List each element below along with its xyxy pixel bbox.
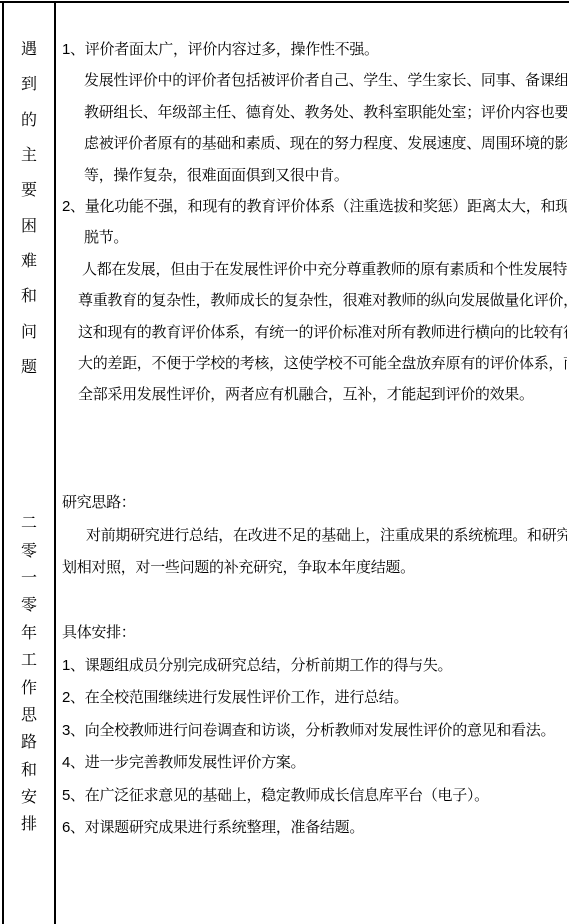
text-line xyxy=(62,585,567,618)
text-line: 2、在全校范围继续进行发展性评价工作，进行总结。 xyxy=(62,682,567,715)
vertical-label-char: 和 xyxy=(21,755,37,782)
text-line: 1、评价者面太广，评价内容过多，操作性不强。 xyxy=(62,34,567,65)
text-line: 划相对照，对一些问题的补充研究，争取本年度结题。 xyxy=(62,552,567,585)
text-line: 脱节。 xyxy=(62,222,567,253)
text-line: 等，操作复杂，很难面面俱到又很中肯。 xyxy=(62,160,567,191)
vertical-label-char: 困 xyxy=(21,206,37,241)
vertical-label-char: 工 xyxy=(21,645,37,672)
text-line: 研究思路： xyxy=(62,487,567,520)
vertical-label-char: 零 xyxy=(21,535,37,562)
difficulties-content-cell: 1、评价者面太广，评价内容过多，操作性不强。发展性评价中的评价者包括被评价者自己… xyxy=(62,34,567,411)
table-column-divider xyxy=(54,1,56,924)
text-line: 这和现有的教育评价体系，有统一的评价标准对所有教师进行横向的比较有很 xyxy=(62,317,567,348)
vertical-label-char: 的 xyxy=(21,101,37,136)
text-line: 人都在发展，但由于在发展性评价中充分尊重教师的原有素质和个性发展特点， xyxy=(62,254,567,285)
text-line: 5、在广泛征求意见的基础上，稳定教师成长信息库平台（电子）。 xyxy=(62,780,567,813)
vertical-label-char: 主 xyxy=(21,136,37,171)
vertical-label-char: 零 xyxy=(21,590,37,617)
text-line: 6、对课题研究成果进行系统整理，准备结题。 xyxy=(62,812,567,845)
vertical-label-char: 作 xyxy=(21,672,37,699)
text-line: 1、课题组成员分别完成研究总结，分析前期工作的得与失。 xyxy=(62,650,567,683)
row-label-2010-work-plan: 二零一零年工作思路和安排 xyxy=(4,508,54,837)
vertical-label-char: 遇 xyxy=(21,30,37,65)
table-border-top xyxy=(0,1,569,3)
text-line: 虑被评价者原有的基础和素质、现在的努力程度、发展速度、周围环境的影响 xyxy=(62,128,567,159)
vertical-label-char: 排 xyxy=(21,809,37,836)
text-line: 3、向全校教师进行问卷调查和访谈，分析教师对发展性评价的意见和看法。 xyxy=(62,715,567,748)
work-plan-content-cell: 研究思路：对前期研究进行总结，在改进不足的基础上，注重成果的系统梳理。和研究计划… xyxy=(62,487,567,845)
vertical-label-char: 年 xyxy=(21,618,37,645)
text-line: 全部采用发展性评价，两者应有机融合，互补，才能起到评价的效果。 xyxy=(62,379,567,410)
text-line: 尊重教育的复杂性，教师成长的复杂性，很难对教师的纵向发展做量化评价， xyxy=(62,285,567,316)
text-line: 2、量化功能不强，和现有的教育评价体系（注重选拔和奖惩）距离太大，和现实 xyxy=(62,191,567,222)
text-line: 具体安排： xyxy=(62,617,567,650)
text-line: 发展性评价中的评价者包括被评价者自己、学生、学生家长、同事、备课组长、 xyxy=(62,65,567,96)
vertical-label-char: 题 xyxy=(21,348,37,383)
vertical-label-char: 思 xyxy=(21,700,37,727)
vertical-label-char: 和 xyxy=(21,277,37,312)
vertical-label-char: 要 xyxy=(21,171,37,206)
vertical-label-char: 一 xyxy=(21,563,37,590)
text-line: 4、进一步完善教师发展性评价方案。 xyxy=(62,747,567,780)
document-page: 遇到的主要困难和问题 二零一零年工作思路和安排 1、评价者面太广，评价内容过多，… xyxy=(0,0,569,924)
text-line: 大的差距，不便于学校的考核，这使学校不可能全盘放弃原有的评价体系，而 xyxy=(62,348,567,379)
row-label-main-difficulties: 遇到的主要困难和问题 xyxy=(4,30,54,383)
vertical-label-char: 安 xyxy=(21,782,37,809)
text-line: 对前期研究进行总结，在改进不足的基础上，注重成果的系统梳理。和研究计 xyxy=(62,520,567,553)
text-line: 教研组长、年级部主任、德育处、教务处、教科室职能处室；评价内容也要考 xyxy=(62,97,567,128)
vertical-label-char: 路 xyxy=(21,727,37,754)
vertical-label-char: 二 xyxy=(21,508,37,535)
vertical-label-char: 问 xyxy=(21,312,37,347)
vertical-label-char: 到 xyxy=(21,65,37,100)
vertical-label-char: 难 xyxy=(21,242,37,277)
